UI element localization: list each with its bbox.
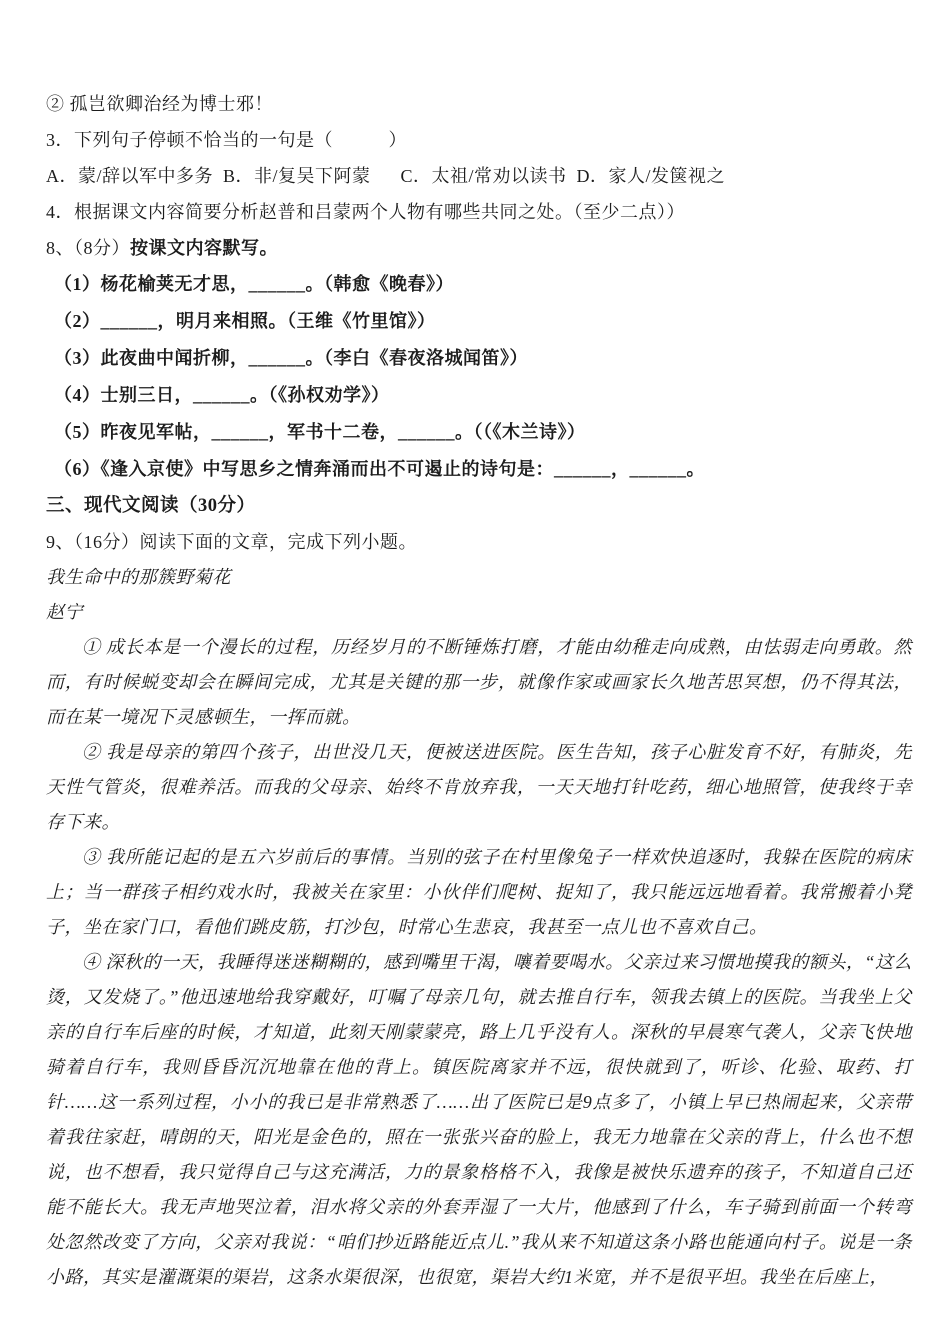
dictation-item-2: （2）______，明月来相照。（王维《竹里馆》）: [46, 303, 912, 340]
essay-author: 赵宁: [46, 595, 912, 630]
essay-paragraph-1: ① 成长本是一个漫长的过程，历经岁月的不断锤炼打磨，才能由幼稚走向成熟，由怯弱走…: [46, 630, 912, 735]
dictation-item-4: （4）士别三日，______。（《孙权劝学》）: [46, 377, 912, 414]
dictation-item-1: （1）杨花榆荚无才思，______。（韩愈《晚春》）: [46, 266, 912, 303]
dictation-item-3: （3）此夜曲中闻折柳，______。（李白《春夜洛城闻笛》）: [46, 340, 912, 377]
question-8-instruction: 按课文内容默写。: [130, 238, 278, 258]
dictation-item-6: （6）《逢入京使》中写思乡之情奔涌而出不可遏止的诗句是：______，_____…: [46, 451, 912, 488]
question-8-number: 8、（8分）: [46, 238, 130, 258]
essay-paragraph-2: ② 我是母亲的第四个孩子，出世没几天，便被送进医院。医生告知，孩子心脏发育不好，…: [46, 735, 912, 840]
essay-title: 我生命中的那簇野菊花: [46, 560, 912, 595]
question-3: 3．下列句子停顿不恰当的一句是（ ）: [46, 122, 912, 158]
classical-answer-line-2: ② 孤岂欲卿治经为博士邪！: [46, 86, 912, 122]
exam-paper-page: ② 孤岂欲卿治经为博士邪！ 3．下列句子停顿不恰当的一句是（ ） A．蒙/辞以军…: [0, 0, 950, 1344]
dictation-item-5: （5）昨夜见军帖，______，军书十二卷，______。（（《木兰诗》）: [46, 414, 912, 451]
question-4: 4．根据课文内容简要分析赵普和吕蒙两个人物有哪些共同之处。（至少二点））: [46, 194, 912, 230]
question-3-options: A．蒙/辞以军中多务 B．非/复吴下阿蒙 C．太祖/常劝以读书 D．家人/发箧视…: [46, 158, 912, 194]
question-8-header: 8、（8分）按课文内容默写。: [46, 230, 912, 266]
essay-paragraph-4: ④ 深秋的一天，我睡得迷迷糊糊的，感到嘴里干渴，嚷着要喝水。父亲过来习惯地摸我的…: [46, 945, 912, 1295]
section-3-header: 三、现代文阅读（30分）: [46, 488, 912, 524]
essay-paragraph-3: ③ 我所能记起的是五六岁前后的事情。当别的弦子在村里像兔子一样欢快追逐时，我躲在…: [46, 840, 912, 945]
question-9: 9、（16分）阅读下面的文章，完成下列小题。: [46, 524, 912, 560]
